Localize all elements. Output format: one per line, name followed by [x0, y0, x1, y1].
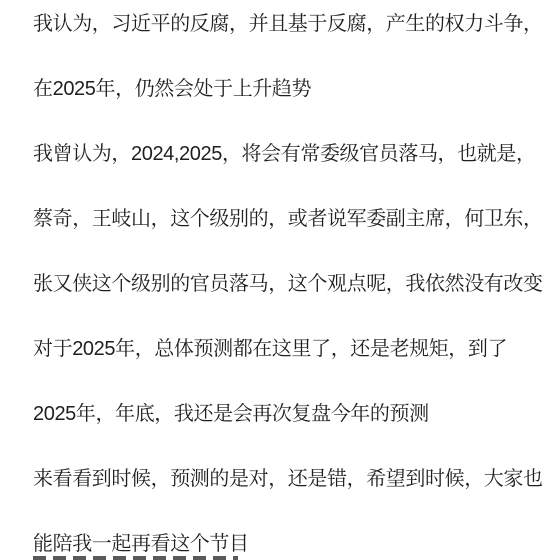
text-line: 蔡奇，王岐山，这个级别的，或者说军委副主席，何卫东，: [33, 209, 532, 230]
text-line: 在2025年，仍然会处于上升趋势: [33, 79, 532, 100]
clipped-next-line-fragment: [33, 556, 238, 560]
text-line: 我曾认为，2024,2025，将会有常委级官员落马，也就是，: [33, 144, 532, 165]
text-line: 来看看到时候，预测的是对，还是错，希望到时候，大家也: [33, 469, 532, 490]
text-line: 能陪我一起再看这个节目: [33, 534, 532, 555]
document-page: 我认为，习近平的反腐，并且基于反腐，产生的权力斗争， 在2025年，仍然会处于上…: [0, 0, 560, 560]
text-line: 对于2025年，总体预测都在这里了，还是老规矩，到了: [33, 339, 532, 360]
text-line: 2025年，年底，我还是会再次复盘今年的预测: [33, 404, 532, 425]
text-line: 我认为，习近平的反腐，并且基于反腐，产生的权力斗争，: [33, 14, 532, 35]
text-line: 张又侠这个级别的官员落马，这个观点呢，我依然没有改变: [33, 274, 532, 295]
